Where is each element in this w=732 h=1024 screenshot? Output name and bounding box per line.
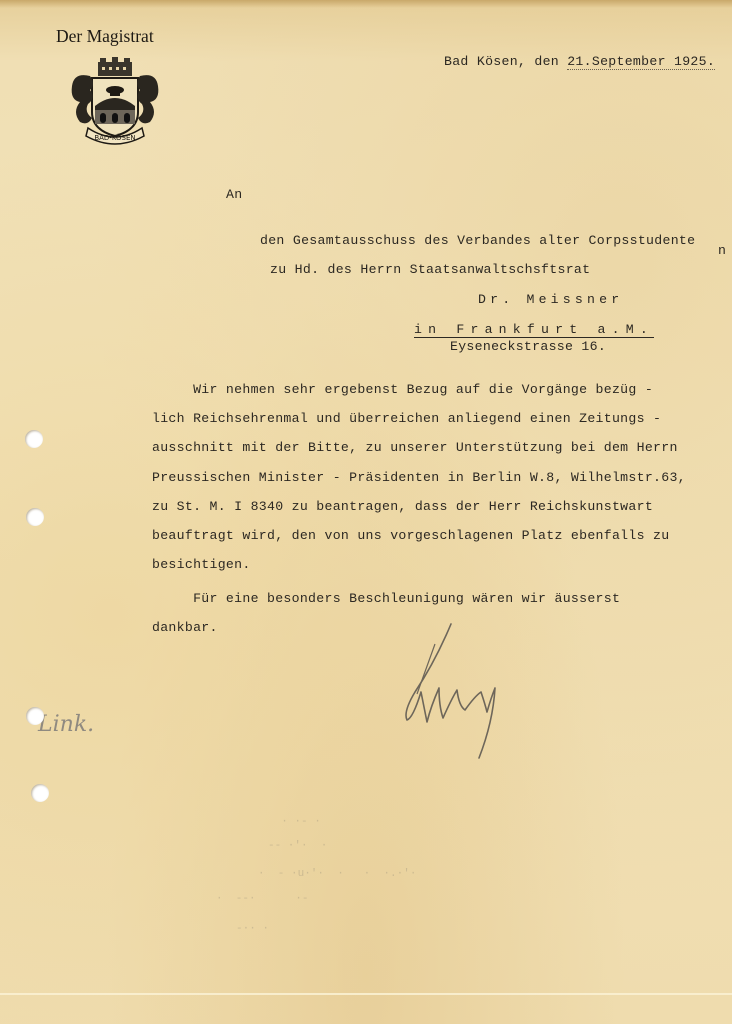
handwritten-signature-icon xyxy=(395,622,505,764)
recipient-organization-overflow: n xyxy=(718,243,726,258)
body-line: zu St. M. I 8340 zu beantragen, dass der… xyxy=(152,499,653,514)
paper-top-edge xyxy=(0,0,732,8)
coat-of-arms-icon: BAD-KÖSEN xyxy=(66,56,164,146)
bleed-through-text: · --· ·- xyxy=(216,893,308,905)
punch-hole xyxy=(25,430,43,448)
letter-page: Der Magistrat BAD-KÖSEN Bad Kösen, den 2… xyxy=(0,0,732,1024)
body-line: lich Reichsehrenmal und überreichen anli… xyxy=(152,411,661,426)
bleed-through-text: · ·- · xyxy=(268,816,321,828)
body-line: Wir nehmen sehr ergebenst Bezug auf die … xyxy=(152,382,653,397)
body-line: Für eine besonders Beschleunigung wären … xyxy=(152,591,620,606)
recipient-street: Eyseneckstrasse 16. xyxy=(450,339,606,354)
margin-note: Link. xyxy=(38,712,94,737)
punch-hole xyxy=(26,508,44,526)
letterhead-issuer: Der Magistrat xyxy=(56,26,154,47)
bleed-through-text: · - ·u·'· · · ·.·'· xyxy=(258,868,416,880)
punch-hole xyxy=(31,784,49,802)
body-line: besichtigen. xyxy=(152,557,251,572)
body-line: beauftragt wird, den von uns vorgeschlag… xyxy=(152,528,669,543)
recipient-name: Dr. Meissner xyxy=(478,292,623,307)
body-line: Preussischen Minister - Präsidenten in B… xyxy=(152,470,686,485)
body-line: ausschnitt mit der Bitte, zu unserer Unt… xyxy=(152,440,678,455)
recipient-attention: zu Hd. des Herrn Staatsanwaltschsftsrat xyxy=(270,262,590,277)
dateline-date: 21.September 1925. xyxy=(567,54,715,70)
bleed-through-text: -·· · xyxy=(236,923,269,935)
bleed-through-text: -- ·'· · xyxy=(268,840,327,852)
body-line: dankbar. xyxy=(152,620,218,635)
recipient-prefix: An xyxy=(226,187,242,202)
dateline: Bad Kösen, den 21.September 1925. xyxy=(444,54,715,69)
punch-hole xyxy=(26,707,44,725)
dateline-place: Bad Kösen, den xyxy=(444,54,567,69)
recipient-city: in Frankfurt a.M. xyxy=(414,322,654,338)
recipient-organization: den Gesamtausschuss des Verbandes alter … xyxy=(260,233,695,248)
paper-fold-line xyxy=(0,993,732,995)
svg-text:BAD-KÖSEN: BAD-KÖSEN xyxy=(94,133,135,142)
